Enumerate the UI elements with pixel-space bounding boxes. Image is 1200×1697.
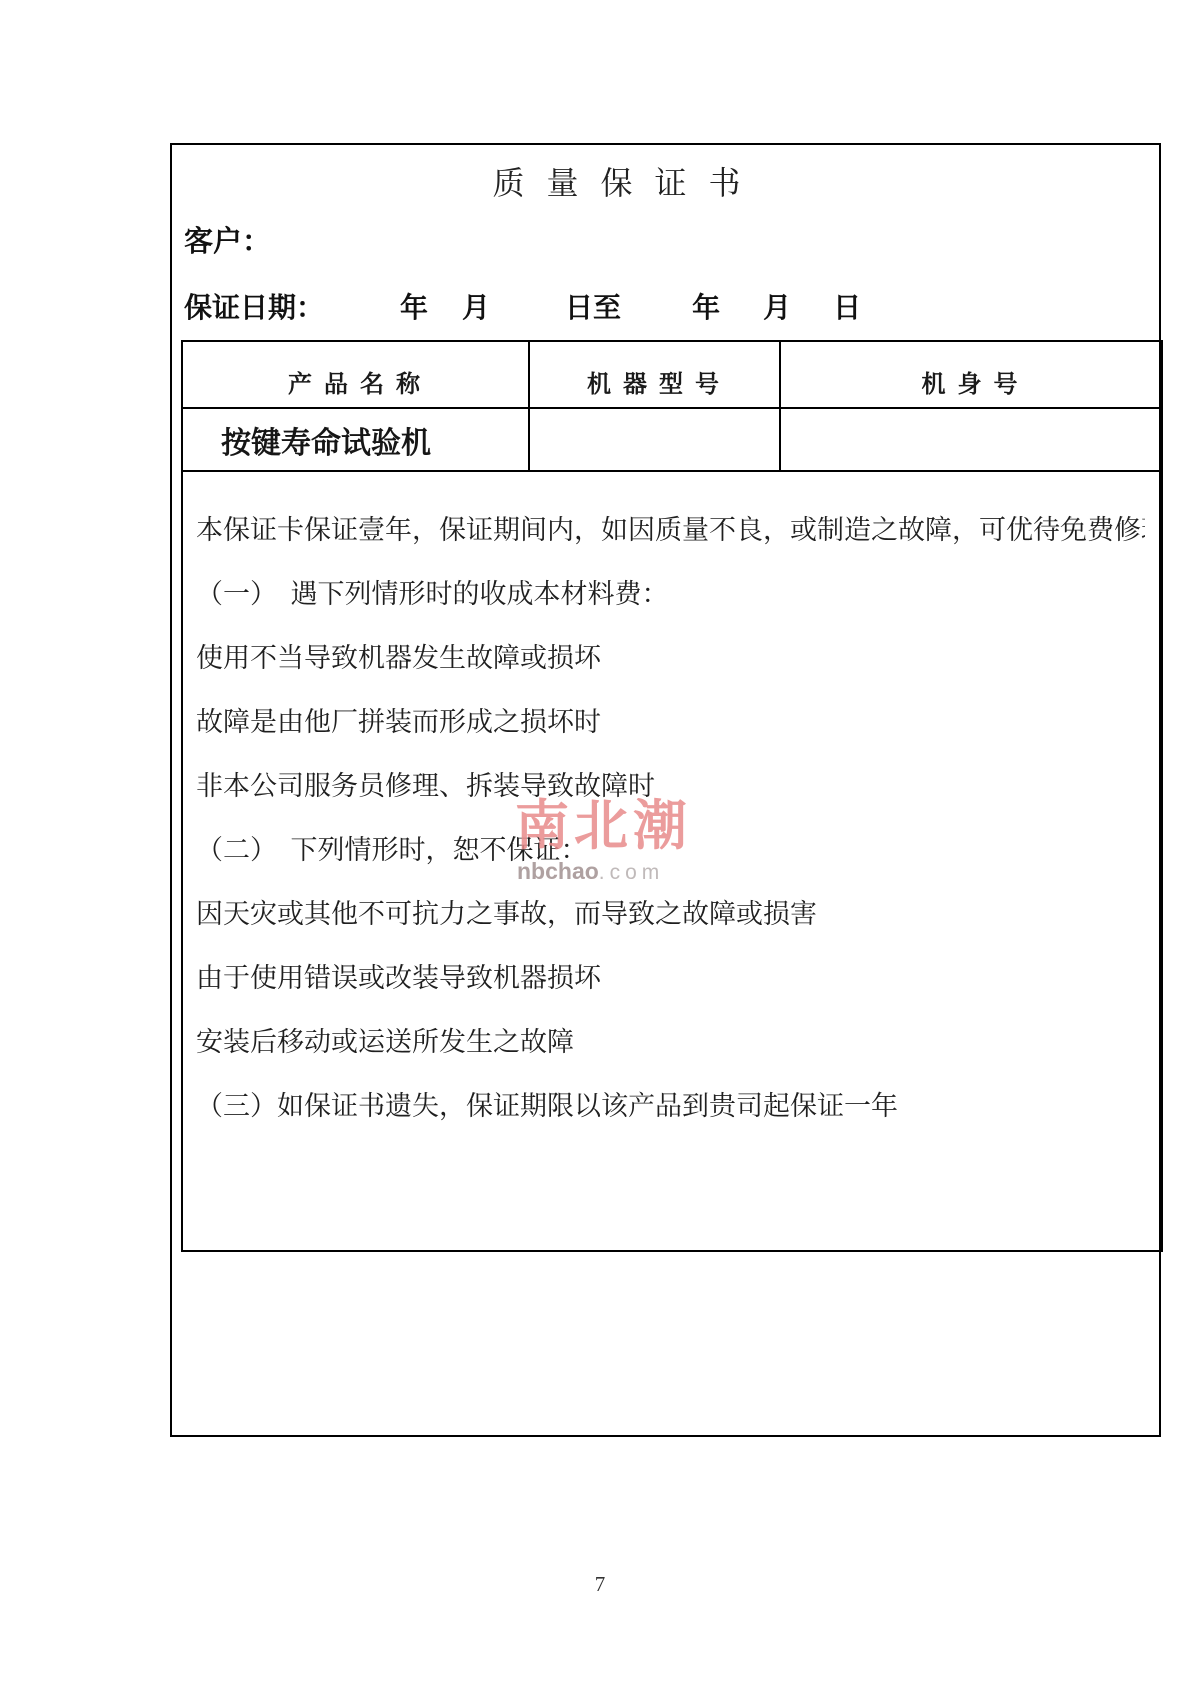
product-table: 产 品 名 称 机 器 型 号 机 身 号 按键寿命试验机 本保证卡保证壹年，保…	[181, 340, 1163, 1252]
col-header-machine-model: 机 器 型 号	[529, 341, 780, 408]
terms-section-2-heading: （二） 下列情形时，恕不保证：	[196, 818, 1145, 882]
col-header-machine-serial: 机 身 号	[780, 341, 1162, 408]
product-name-cell: 按键寿命试验机	[182, 408, 529, 471]
table-row: 按键寿命试验机	[182, 408, 1162, 471]
terms-item: 非本公司服务员修理、拆装导致故障时	[196, 754, 1145, 818]
terms-item: 故障是由他厂拼装而形成之损坏时	[196, 690, 1145, 754]
machine-model-cell	[529, 408, 780, 471]
terms-section-3-line: （三）如保证书遗失，保证期限以该产品到贵司起保证一年	[196, 1074, 1145, 1138]
terms-section-1-heading: （一） 遇下列情形时的收成本材料费：	[196, 562, 1145, 626]
date-unit-day-end: 日	[833, 286, 861, 326]
page-number: 7	[0, 1572, 1200, 1597]
date-unit-day-to: 日至	[565, 286, 621, 326]
date-unit-year-end: 年	[692, 286, 720, 326]
terms-item: 使用不当导致机器发生故障或损坏	[196, 626, 1145, 690]
table-header-row: 产 品 名 称 机 器 型 号 机 身 号	[182, 341, 1162, 408]
customer-label: 客户：	[184, 219, 271, 260]
warranty-terms-cell: 本保证卡保证壹年，保证期间内，如因质量不良，或制造之故障，可优待免费修理。 （一…	[182, 471, 1162, 1251]
terms-item: 因天灾或其他不可抗力之事故，而导致之故障或损害	[196, 882, 1145, 946]
date-unit-month-start: 月	[462, 286, 490, 326]
date-unit-year-start: 年	[400, 286, 428, 326]
machine-serial-cell	[780, 408, 1162, 471]
terms-item: 安装后移动或运送所发生之故障	[196, 1010, 1145, 1074]
document-title: 质 量 保 证 书	[172, 158, 1068, 204]
warranty-date-label: 保证日期：	[184, 293, 324, 324]
warranty-terms: 本保证卡保证壹年，保证期间内，如因质量不良，或制造之故障，可优待免费修理。 （一…	[196, 498, 1145, 1138]
terms-row: 本保证卡保证壹年，保证期间内，如因质量不良，或制造之故障，可优待免费修理。 （一…	[182, 471, 1162, 1251]
date-unit-month-end: 月	[763, 286, 791, 326]
certificate-border-box: 质 量 保 证 书 客户： 保证日期： 年 月 日至 年 月 日 产 品 名 称…	[170, 143, 1161, 1437]
col-header-product-name: 产 品 名 称	[182, 341, 529, 408]
warranty-date-line: 保证日期： 年 月 日至 年 月 日	[184, 286, 861, 326]
terms-intro: 本保证卡保证壹年，保证期间内，如因质量不良，或制造之故障，可优待免费修理。	[196, 498, 1145, 562]
document-page: 质 量 保 证 书 客户： 保证日期： 年 月 日至 年 月 日 产 品 名 称…	[0, 0, 1200, 1697]
terms-item: 由于使用错误或改装导致机器损坏	[196, 946, 1145, 1010]
